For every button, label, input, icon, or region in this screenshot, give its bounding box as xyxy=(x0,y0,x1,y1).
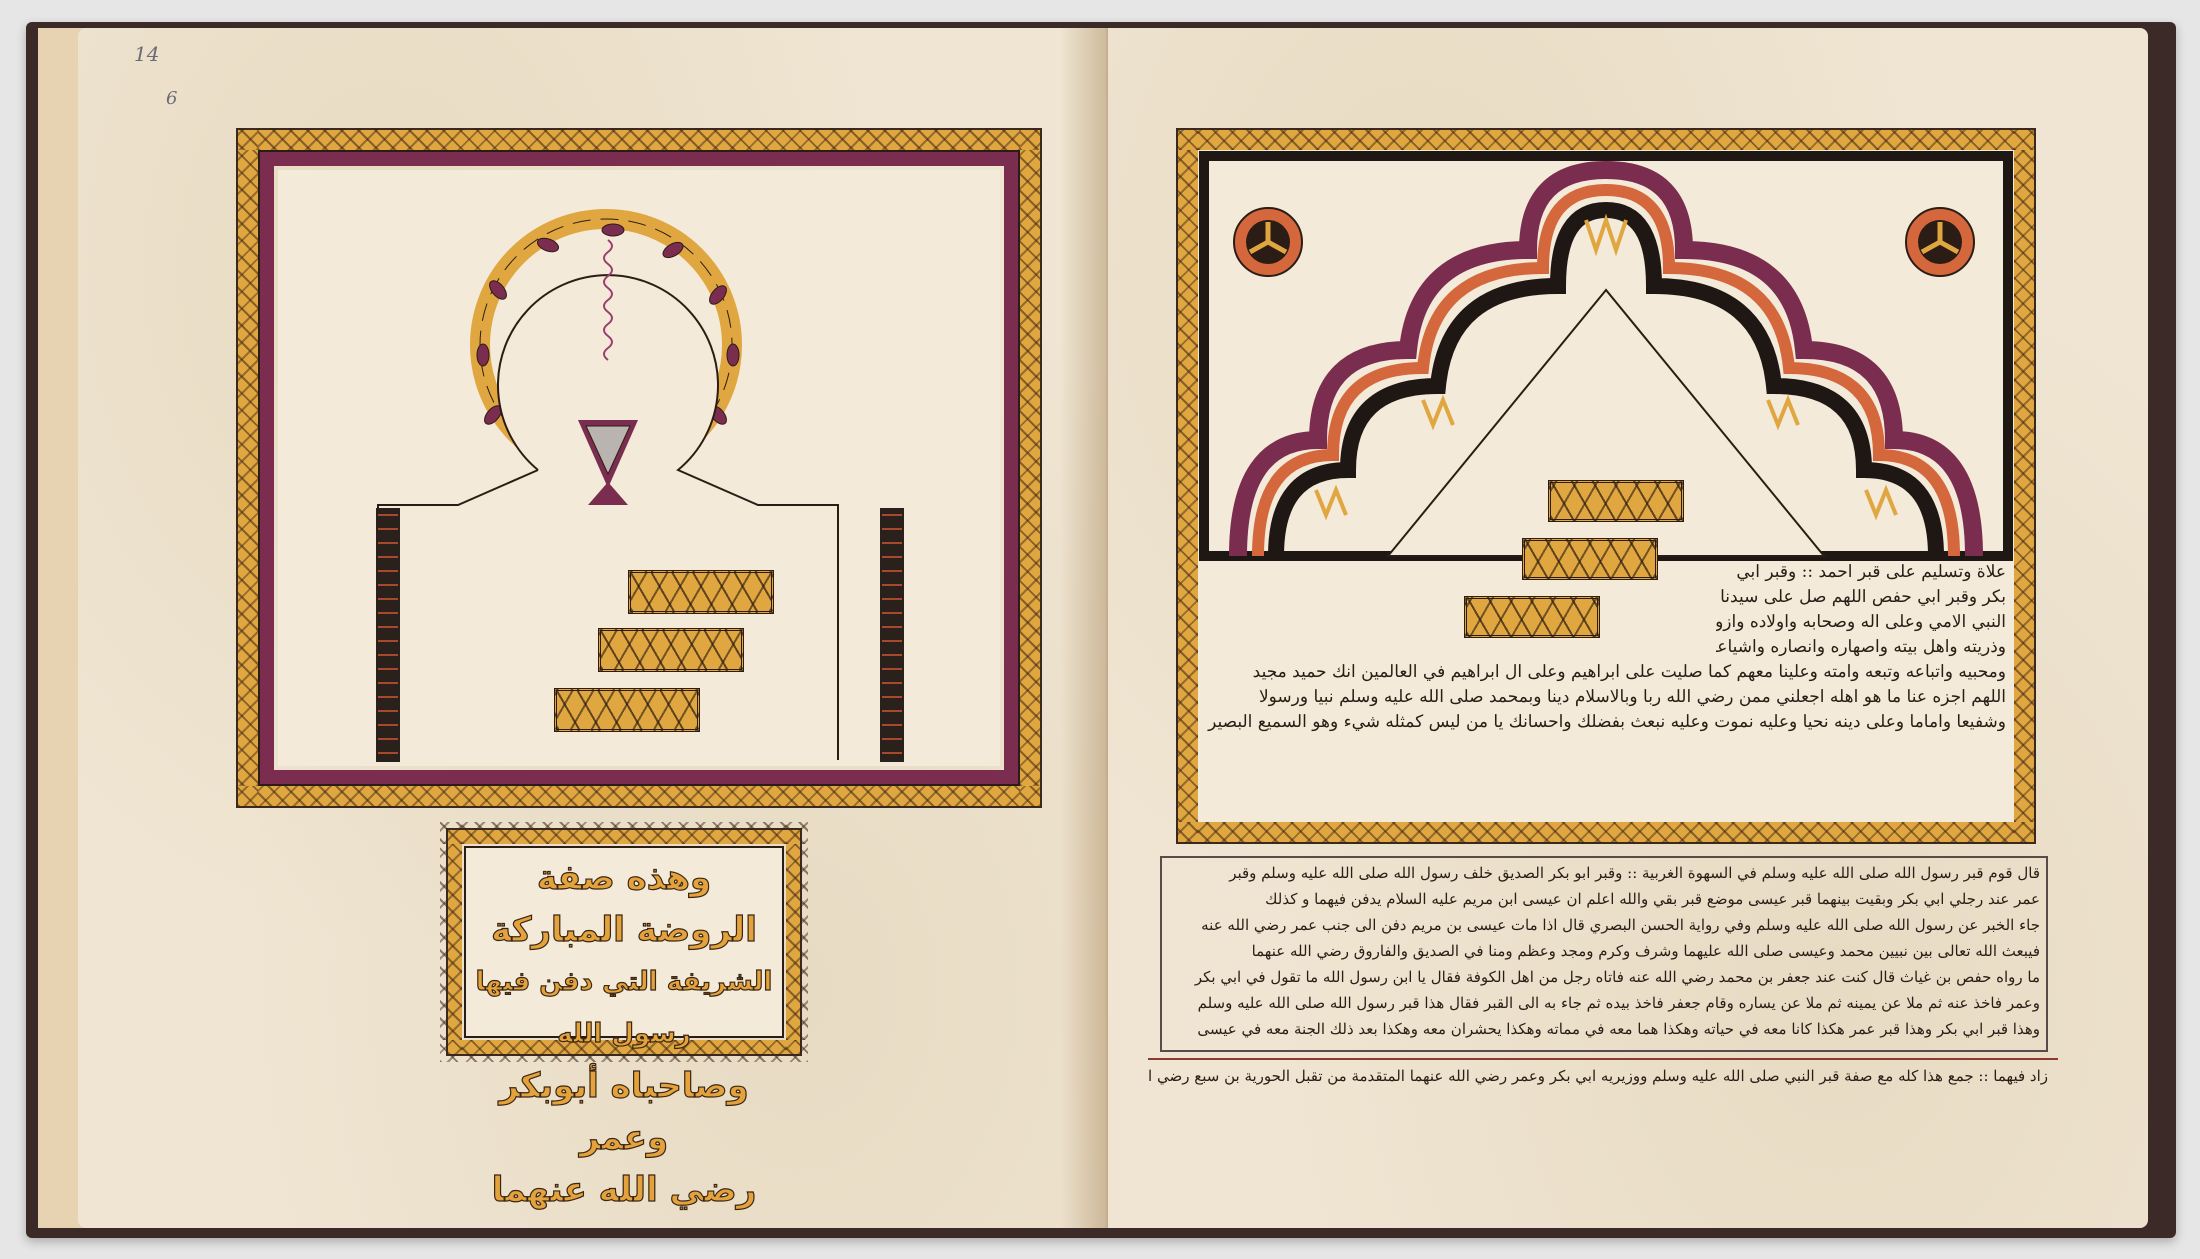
text-line: فيبعث الله تعالى بين نبيين محمد وعيسى صل… xyxy=(1168,938,2040,964)
folio-number: 14 xyxy=(134,42,159,66)
right-page: علاة وتسليم على قبر احمد :: وقبر ابي بكر… xyxy=(1108,28,2148,1228)
cartouche-text: وهذه صفة الروضة المباركة الشريفة التي دف… xyxy=(472,852,776,1216)
tomb-panel-umar xyxy=(1464,596,1600,638)
text-line: علاة وتسليم على قبر احمد :: وقبر ابي xyxy=(1716,560,2006,585)
tomb-panel-prophet xyxy=(628,570,774,614)
text-line: جاء الخبر عن رسول الله صلى الله عليه وسل… xyxy=(1168,912,2040,938)
cartouche-line: رضي الله عنهما xyxy=(472,1164,776,1216)
tomb-panel-abubakr xyxy=(598,628,744,672)
tomb-panel-abubakr xyxy=(1522,538,1658,580)
framed-text-upper: علاة وتسليم على قبر احمد :: وقبر ابي بكر… xyxy=(1716,560,2006,660)
left-pillar xyxy=(376,508,400,762)
text-line: عمر عند رجلي ابي بكر وبقيت بينهما قبر عي… xyxy=(1168,886,2040,912)
left-page: 14 6 xyxy=(78,28,1108,1228)
trefoil-roundel-left xyxy=(1234,208,1302,276)
text-line: وشفيعا واماما وعلى دينه نحيا وعليه نموت … xyxy=(1206,710,2006,735)
mihrab-panel: علاة وتسليم على قبر احمد :: وقبر ابي بكر… xyxy=(1198,150,2014,822)
cartouche-line: وهذه صفة الروضة المباركة xyxy=(472,852,776,956)
tomb-panel-prophet xyxy=(1548,480,1684,522)
rule-line xyxy=(1148,1058,2058,1060)
lower-text-block: قال قوم قبر رسول الله صلى الله عليه وسلم… xyxy=(1168,860,2040,1042)
folio-mark: 6 xyxy=(166,88,177,109)
right-pillar xyxy=(880,508,904,762)
cartouche: وهذه صفة الروضة المباركة الشريفة التي دف… xyxy=(464,846,784,1038)
rawda-illustration xyxy=(278,170,1000,766)
text-line: بكر وقبر ابي حفص اللهم صل على سيدنا محمد xyxy=(1716,585,2006,610)
text-line: وهذا قبر ابي بكر وهذا قبر عمر هكذا كانا … xyxy=(1168,1016,2040,1042)
cartouche-line: وصاحباه أبوبكر وعمر xyxy=(472,1060,776,1164)
text-line: ما رواه حفص بن غياث قال كنت عند جعفر بن … xyxy=(1168,964,2040,990)
framed-text-lower: ومحبيه واتباعه وتبعه وامته وعلينا معهم ك… xyxy=(1206,660,2006,735)
text-line: ومحبيه واتباعه وتبعه وامته وعلينا معهم ك… xyxy=(1206,660,2006,685)
trefoil-roundel-right xyxy=(1906,208,1974,276)
cartouche-line: الشريفة التي دفن فيها رسول الله xyxy=(472,956,776,1060)
text-line: قال قوم قبر رسول الله صلى الله عليه وسلم… xyxy=(1168,860,2040,886)
text-line: وذريته واهل بيته واصهاره وانصاره واشياعه xyxy=(1716,635,2006,660)
tomb-panel-umar xyxy=(554,688,700,732)
text-line: وعمر فاخذ عنه ثم ملا عن يمينه ثم ملا عن … xyxy=(1168,990,2040,1016)
text-line: النبي الامي وعلى اله وصحابه واولاده وازو… xyxy=(1716,610,2006,635)
colophon-line: زاد فيهما :: جمع هذا كله مع صفة قبر النب… xyxy=(1148,1064,2048,1089)
text-line: اللهم اجزه عنا ما هو اهله اجعلني ممن رضي… xyxy=(1206,685,2006,710)
